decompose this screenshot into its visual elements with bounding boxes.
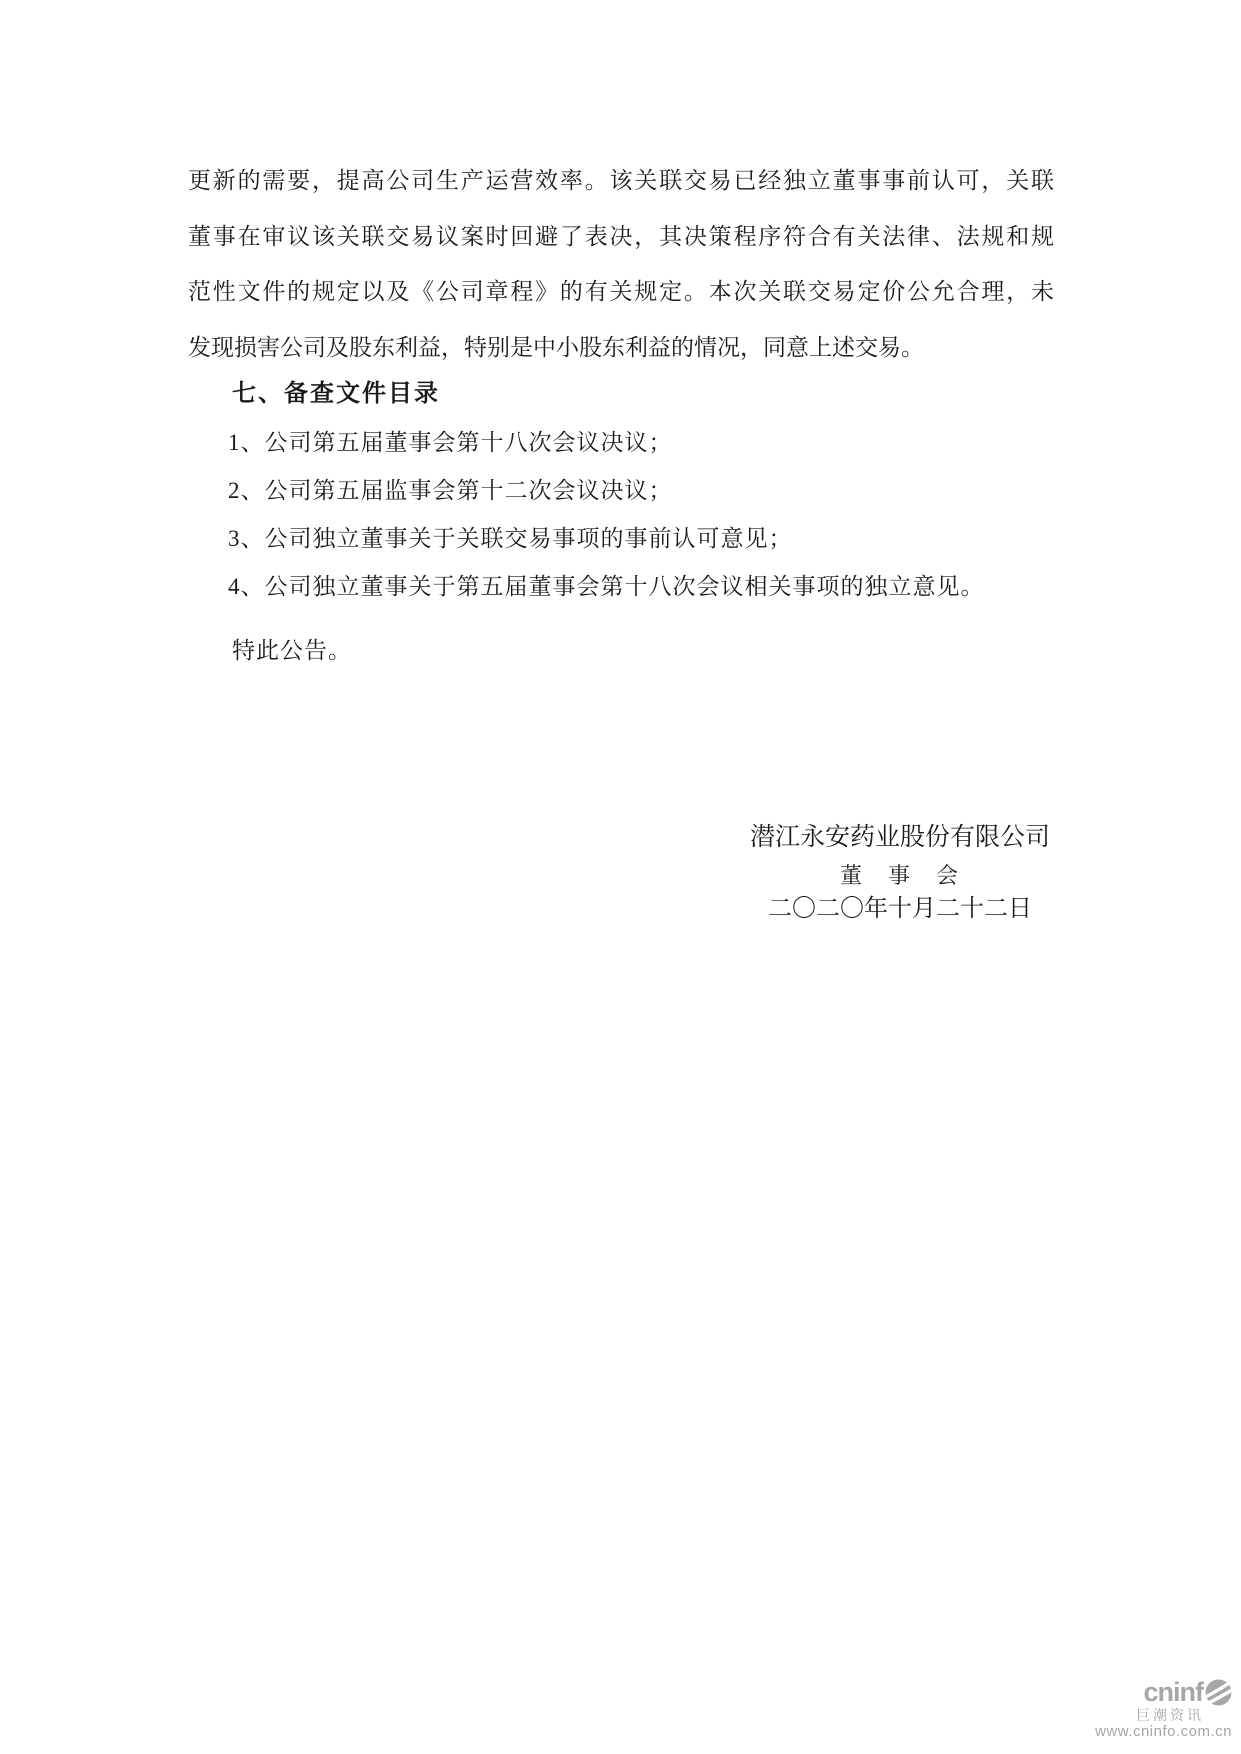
list-item: 3、公司独立董事关于关联交易事项的事前认可意见； <box>228 525 793 554</box>
paragraph-line: 董事在审议该关联交易议案时回避了表决，其决策程序符合有关法律、法规和规 <box>188 223 1054 252</box>
cninfo-brand-text: cninf <box>1144 1679 1204 1706</box>
document-page: 更新的需要，提高公司生产运营效率。该关联交易已经独立董事事前认可，关联 董事在审… <box>0 0 1241 1754</box>
list-item: 2、公司第五届监事会第十二次会议决议； <box>228 477 673 506</box>
paragraph-line: 范性文件的规定以及《公司章程》的有关规定。本次关联交易定价公允合理，未 <box>188 278 1054 307</box>
section-heading: 七、备查文件目录 <box>232 380 440 409</box>
signature-company-name: 潜江永安药业股份有限公司 <box>700 822 1100 853</box>
list-item: 1、公司第五届董事会第十八次会议决议； <box>228 429 673 458</box>
paragraph-line: 发现损害公司及股东利益，特别是中小股东利益的情况，同意上述交易。 <box>188 334 1054 363</box>
paragraph-line: 更新的需要，提高公司生产运营效率。该关联交易已经独立董事事前认可，关联 <box>188 167 1054 196</box>
cninfo-watermark: cninf 巨潮资讯 www.cninfo.com.cn <box>1095 1679 1232 1739</box>
signature-board: 董 事 会 <box>700 862 1100 890</box>
cninfo-swoosh-icon <box>1205 1679 1232 1706</box>
signature-date: 二〇二〇年十月二十二日 <box>700 894 1100 924</box>
cninfo-chinese-name: 巨潮资讯 <box>1095 1708 1204 1722</box>
cninfo-url: www.cninfo.com.cn <box>1095 1724 1232 1739</box>
list-item: 4、公司独立董事关于第五届董事会第十八次会议相关事项的独立意见。 <box>228 573 985 602</box>
closing-statement: 特此公告。 <box>232 637 352 666</box>
